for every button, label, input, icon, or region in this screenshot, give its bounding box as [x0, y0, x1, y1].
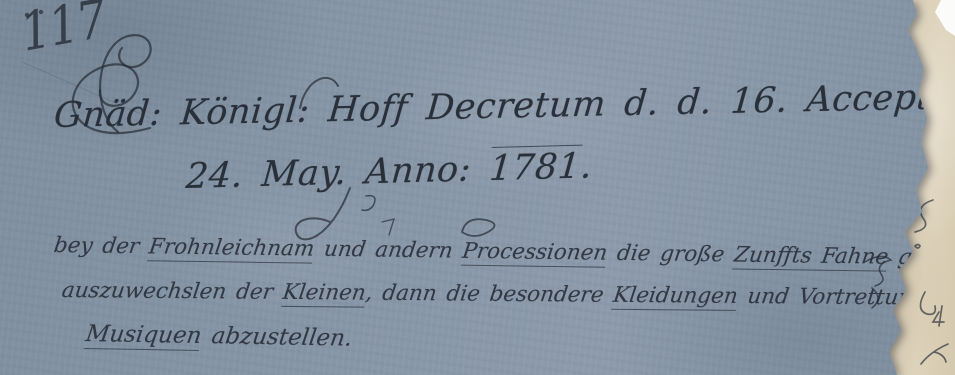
- body-text: gegen: [887, 245, 955, 271]
- underlined-word-musiquen: Musiquen: [84, 321, 203, 351]
- blue-paper-wrapper: 117 Gnäd: Königl: Hoff Decretum d. d. 16…: [0, 0, 955, 375]
- body-text: bey der: [52, 233, 150, 259]
- heading-line-2: 24. May. Anno: 1781.: [184, 146, 593, 197]
- archival-number: 117: [16, 0, 110, 63]
- body-text: und Vortrettung der: [736, 284, 955, 311]
- caret-mark: [382, 219, 394, 235]
- body-text: , dann die besondere: [364, 281, 615, 308]
- pen-loop: [462, 219, 495, 236]
- body-line-1: bey der Frohnleichnam und andern Process…: [52, 233, 955, 271]
- body-text: die große: [606, 241, 736, 268]
- heading-line-1: Gnäd: Königl: Hoff Decretum d. d. 16. Ac…: [52, 77, 954, 136]
- heading-date: 24. May. Anno:: [184, 149, 491, 197]
- body-line-3: Musiquen abzustellen.: [84, 321, 354, 352]
- body-line-2: auszuwechslen der Kleinen, dann die beso…: [60, 278, 955, 311]
- body-text: auszuwechslen der: [60, 278, 284, 305]
- manuscript-scan: 117 Gnäd: Königl: Hoff Decretum d. d. 16…: [0, 0, 955, 375]
- body-text: und andern: [313, 237, 465, 264]
- underlined-word-kleinen: Kleinen: [281, 280, 368, 308]
- body-text: abzustellen.: [200, 323, 354, 352]
- underlined-word-processionen: Processionen: [461, 239, 609, 268]
- descender-loop: [296, 188, 350, 239]
- heading-year-overlined: 1781: [488, 145, 582, 189]
- blue-paper-leaf: 117 Gnäd: Königl: Hoff Decretum d. d. 16…: [0, 0, 940, 375]
- underlined-word-frohnleichnam: Frohnleichnam: [147, 234, 316, 263]
- caret-mark: [362, 196, 375, 211]
- heading-period: .: [579, 146, 594, 186]
- underlined-word-kleidungen: Kleidungen: [611, 283, 739, 311]
- underlined-word-zunffts-fahne: Zunffts Fahne: [732, 243, 890, 272]
